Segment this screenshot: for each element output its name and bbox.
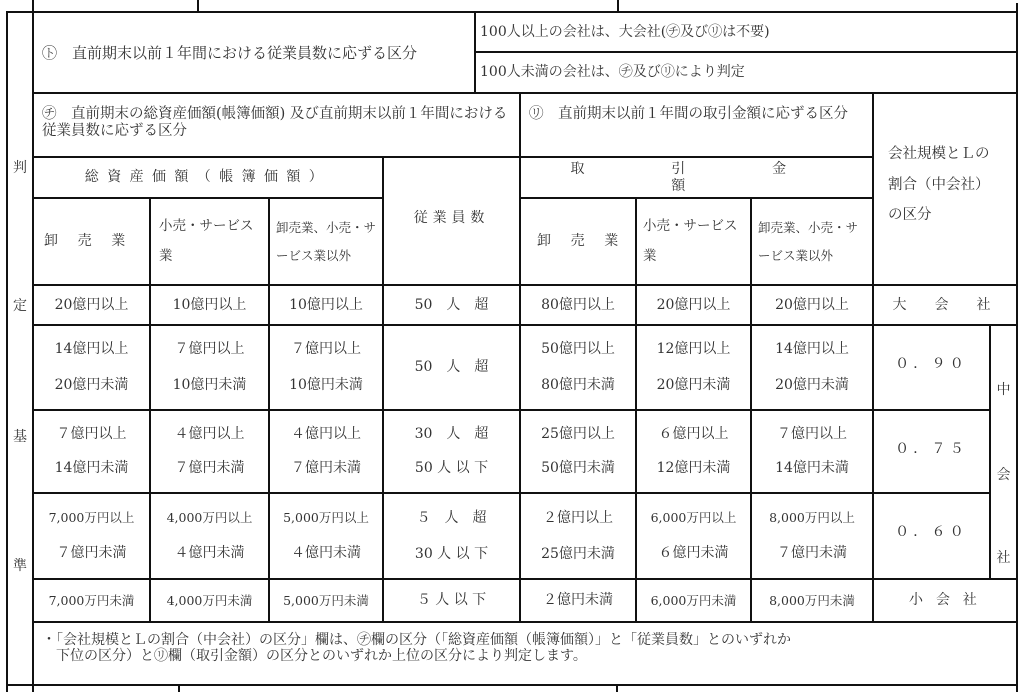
asset-col-other: 卸売業、小売・サービス業以外 [270, 199, 382, 284]
side-label-char: 判 [8, 158, 32, 178]
side-label-char: 定 [8, 296, 32, 316]
table-cell: 20億円以上 [34, 286, 149, 324]
side-label-char: 基 [8, 427, 32, 447]
footnote-line: 下位の区分）と㋷欄（取引金額）の区分とのいずれか上位の区分により判定します。 [42, 648, 587, 664]
asset-criterion-title: ㋠ 直前期末の総資産価額(帳簿価額) 及び直前期末以前１年間における従業員数に応… [34, 94, 512, 156]
table-cell: 14億円以上20億円未満 [34, 326, 149, 409]
table-cell: 14億円以上20億円未満 [752, 326, 872, 409]
table-cell: 7,000万円以上７億円未満 [34, 494, 149, 578]
table-cell: ５ 人 以 下 [384, 580, 519, 621]
grid-line [6, 11, 8, 692]
classification-ratio-060: ０．６０ [874, 494, 989, 578]
table-cell: ４億円以上７億円未満 [151, 411, 268, 492]
table-cell: 5,000万円以上４億円未満 [270, 494, 382, 578]
table-cell: 20億円以上 [637, 286, 750, 324]
employee-criterion-label: ㋣ 直前期末以前１年間における従業員数に応ずる区分 [34, 13, 474, 92]
table-cell: 4,000万円以上４億円未満 [151, 494, 268, 578]
table-cell: ７億円以上14億円未満 [752, 411, 872, 492]
asset-col-retail: 小売・サービス業 [151, 199, 268, 284]
transaction-col-other: 卸売業、小売・サービス業以外 [752, 199, 872, 284]
table-cell: 30 人 超50 人 以 下 [384, 411, 519, 492]
footnote: ・「会社規模とＬの割合（中会社）の区分」欄は、㋠欄の区分（「総資産価額（帳簿価額… [36, 624, 1011, 682]
table-cell: 4,000万円未満 [151, 580, 268, 621]
grid-line [32, 621, 1017, 623]
grid-line [6, 684, 1017, 686]
table-cell: 8,000万円未満 [752, 580, 872, 621]
table-cell: 6,000万円未満 [637, 580, 750, 621]
side-label-char: 準 [8, 556, 32, 576]
grid-line [989, 324, 991, 579]
table-cell: ７億円以上14億円未満 [34, 411, 149, 492]
table-cell: 10億円以上 [270, 286, 382, 324]
transaction-group-header: 取 引 金 額 [521, 158, 872, 197]
transaction-col-retail: 小売・サービス業 [637, 199, 750, 284]
grid-line [616, 684, 618, 692]
table-cell: 50億円以上80億円未満 [521, 326, 635, 409]
table-cell: 6,000万円以上６億円未満 [637, 494, 750, 578]
medium-company-char: 社 [991, 548, 1016, 568]
table-cell: 12億円以上20億円未満 [637, 326, 750, 409]
table-cell: 25億円以上50億円未満 [521, 411, 635, 492]
grid-line [178, 684, 180, 692]
classification-ratio-090: ０．９０ [874, 326, 989, 409]
table-cell: 10億円以上 [151, 286, 268, 324]
footnote-line: ・「会社規模とＬの割合（中会社）の区分」欄は、㋠欄の区分（「総資産価額（帳簿価額… [42, 632, 791, 648]
transaction-criterion-title: ㋷ 直前期末以前１年間の取引金額に応ずる区分 [521, 94, 866, 156]
table-cell: ５ 人 超30 人 以 下 [384, 494, 519, 578]
table-cell: 7,000万円未満 [34, 580, 149, 621]
employees-header: 従業員数 [384, 158, 519, 284]
classification-ratio-075: ０．７５ [874, 411, 989, 492]
ratio-header: 会社規模とＬの割合（中会社）の区分 [874, 130, 1016, 240]
classification-large: 大 会 社 [874, 286, 1016, 324]
transaction-col-wholesale: 卸 売 業 [521, 199, 635, 284]
asset-group-header: 総資産価額（帳簿価額） [34, 158, 382, 197]
table-cell: ７億円以上10億円未満 [151, 326, 268, 409]
table-cell: ６億円以上12億円未満 [637, 411, 750, 492]
table-cell: ２億円未満 [521, 580, 635, 621]
asset-col-wholesale: 卸 売 業 [34, 199, 149, 284]
table-cell: ２億円以上25億円未満 [521, 494, 635, 578]
table-cell: ７億円以上10億円未満 [270, 326, 382, 409]
medium-company-char: 会 [991, 465, 1016, 485]
table-cell: 50 人 超 [384, 286, 519, 324]
medium-company-char: 中 [991, 380, 1016, 400]
rule-100-or-more: 100人以上の会社は、大会社(㋠及び㋷は不要) [476, 13, 1016, 51]
table-cell: ４億円以上７億円未満 [270, 411, 382, 492]
table-cell: 8,000万円以上７億円未満 [752, 494, 872, 578]
table-cell: 20億円以上 [752, 286, 872, 324]
grid-line [1016, 3, 1018, 692]
classification-small: 小 会 社 [874, 580, 1016, 621]
table-cell: 50 人 超 [384, 326, 519, 409]
table-cell: 80億円以上 [521, 286, 635, 324]
table-cell: 5,000万円未満 [270, 580, 382, 621]
rule-under-100: 100人未満の会社は、㋠及び㋷により判定 [476, 53, 1016, 92]
